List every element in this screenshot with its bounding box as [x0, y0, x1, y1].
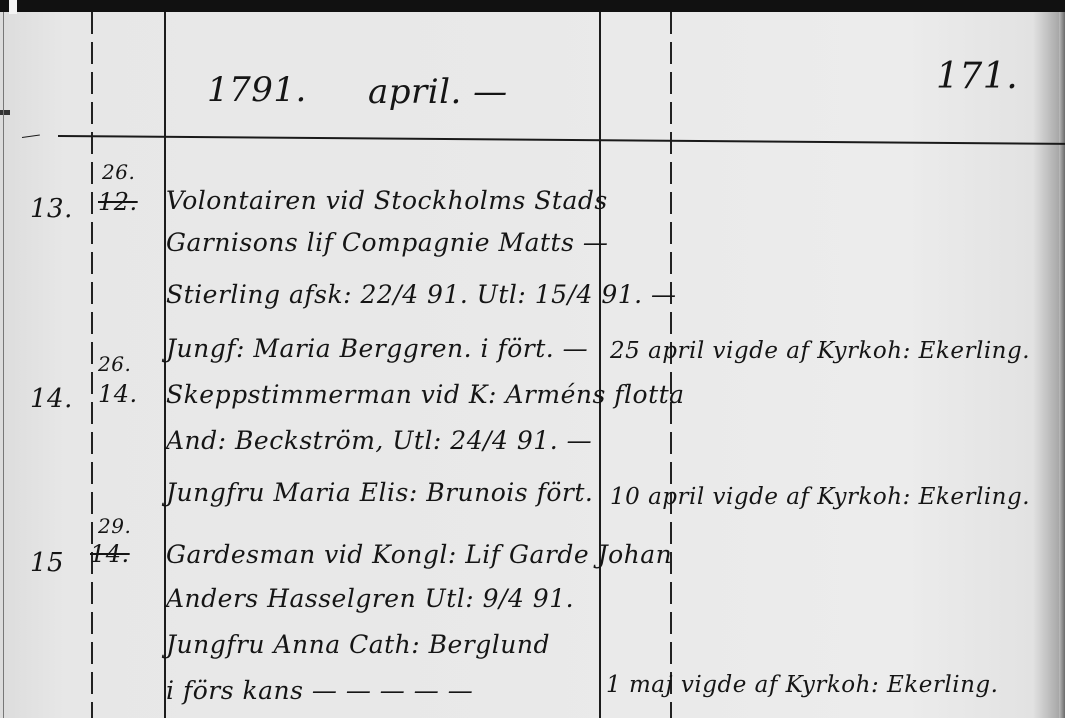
column-rule-text: [599, 12, 601, 718]
register-page: 1791. april. — 171. 13. 26. 12. Volontai…: [0, 0, 1065, 718]
entry-line: Jungf: Maria Berggren. i fört. —: [166, 334, 588, 363]
entry-line: Jungfru Maria Elis: Brunois fört.: [166, 478, 593, 507]
entry-line: Jungfru Anna Cath: Berglund: [166, 630, 550, 659]
entry-date: 14.: [98, 380, 138, 408]
entry-line: Anders Hasselgren Utl: 9/4 91.: [166, 584, 574, 613]
entry-number: 13.: [30, 194, 73, 224]
entry-remark: 10 april vigde af Kyrkoh: Ekerling.: [610, 484, 1030, 510]
entry-line: i förs kans — — — — —: [166, 676, 473, 705]
scan-top-gap: [9, 0, 17, 14]
entry-number: 14.: [30, 384, 73, 414]
column-rule-remarks: [670, 12, 672, 718]
page-number: 171.: [936, 56, 1018, 97]
header-rule-stub: [22, 134, 40, 137]
entry-date-banns: 26.: [102, 160, 135, 184]
margin-mark: [0, 110, 10, 115]
page-edge-shadow: [1059, 12, 1065, 718]
entry-line: Stierling afsk: 22/4 91. Utl: 15/4 91. —: [166, 280, 677, 309]
entry-line: Skeppstimmerman vid K: Arméns flotta: [166, 380, 685, 409]
entry-line: And: Beckström, Utl: 24/4 91. —: [166, 426, 592, 455]
entry-remark: 25 april vigde af Kyrkoh: Ekerling.: [610, 338, 1030, 364]
entry-date: 14.: [90, 540, 130, 568]
entry-line: Garnisons lif Compagnie Matts —: [166, 228, 608, 257]
header-year: 1791.: [207, 70, 307, 110]
entry-date-banns: 26.: [98, 352, 131, 376]
entry-line: Gardesman vid Kongl: Lif Garde Johan: [166, 540, 672, 569]
entry-date-banns: 29.: [98, 514, 131, 538]
header-month: april. —: [368, 72, 508, 112]
entry-date: 12.: [98, 188, 138, 216]
header-rule: [58, 135, 1065, 145]
entry-remark: 1 maj vigde af Kyrkoh: Ekerling.: [606, 672, 998, 698]
column-rule-number: [91, 12, 93, 718]
left-page-edge: [3, 12, 4, 718]
entry-line: Volontairen vid Stockholms Stads: [166, 186, 608, 215]
entry-number: 15: [30, 548, 64, 578]
scan-top-border: [0, 0, 1065, 12]
